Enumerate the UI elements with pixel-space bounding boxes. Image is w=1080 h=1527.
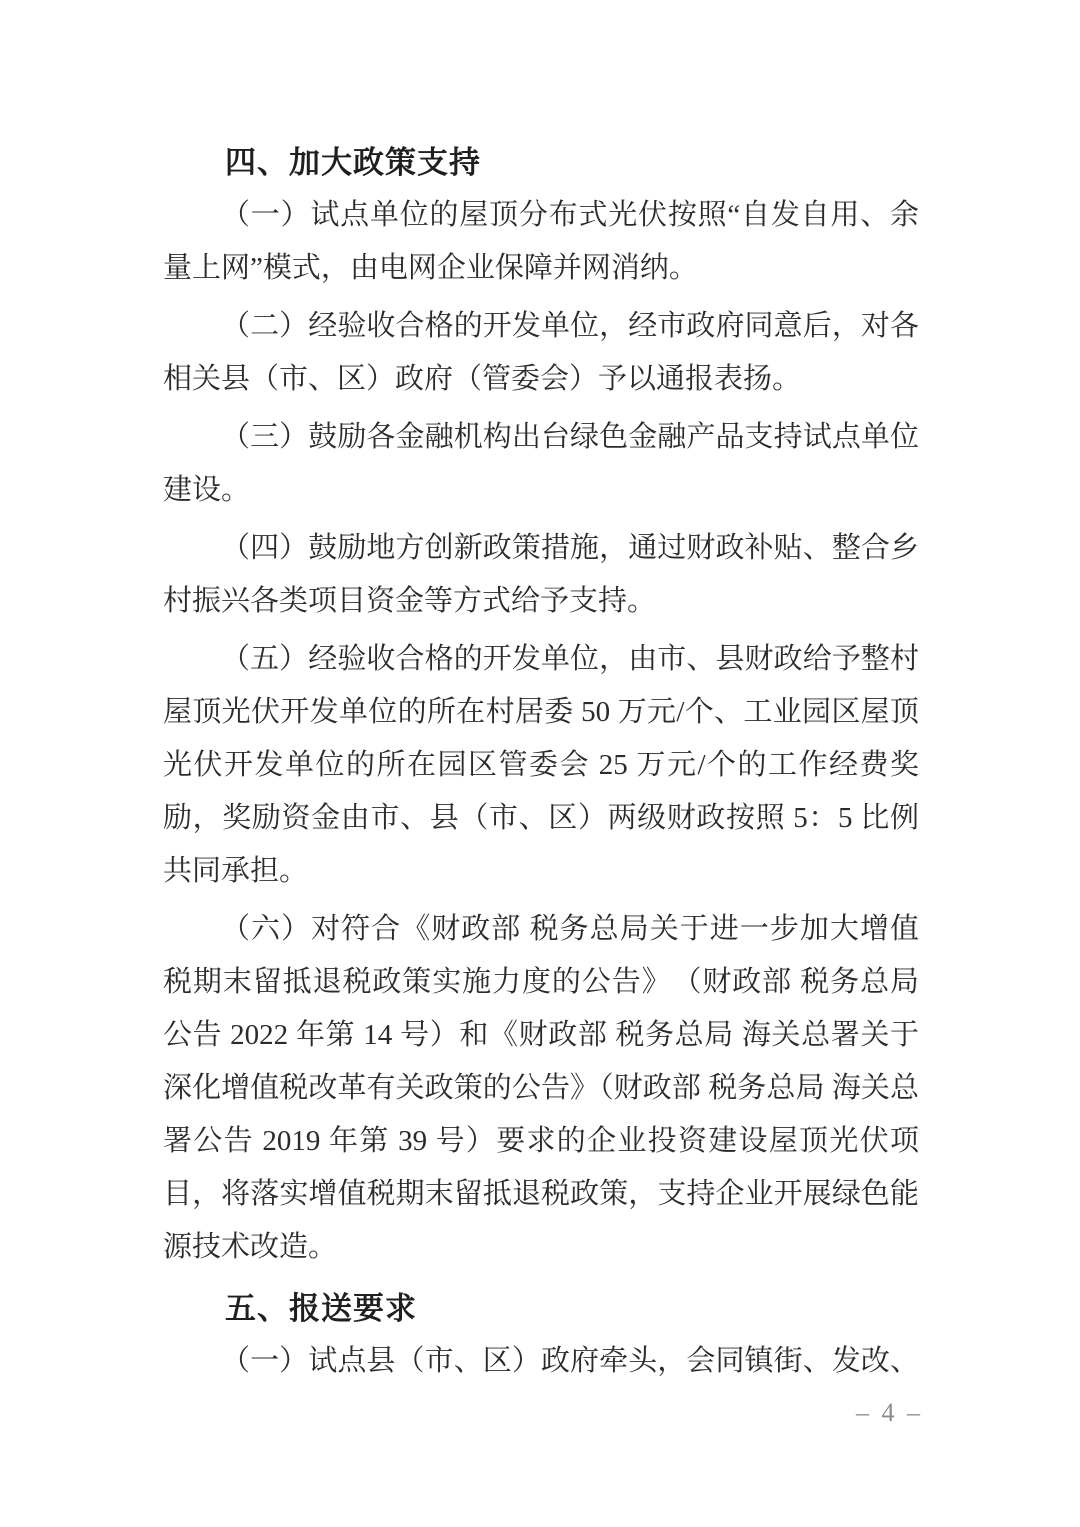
document-content: 四、加大政策支持 （一）试点单位的屋顶分布式光伏按照“自发自用、余量上网”模式，… [163,136,919,1388]
section-heading-4: 四、加大政策支持 [163,136,919,189]
paragraph-4-1: （一）试点单位的屋顶分布式光伏按照“自发自用、余量上网”模式，由电网企业保障并网… [163,189,919,295]
paragraph-4-3: （三）鼓励各金融机构出台绿色金融产品支持试点单位建设。 [163,411,919,517]
document-page: 四、加大政策支持 （一）试点单位的屋顶分布式光伏按照“自发自用、余量上网”模式，… [0,0,1080,1527]
paragraph-4-6: （六）对符合《财政部 税务总局关于进一步加大增值税期末留抵退税政策实施力度的公告… [163,903,919,1274]
paragraph-4-4: （四）鼓励地方创新政策措施，通过财政补贴、整合乡村振兴各类项目资金等方式给予支持… [163,522,919,628]
paragraph-5-1: （一）试点县（市、区）政府牵头，会同镇街、发改、 [163,1335,919,1388]
paragraph-4-2: （二）经验收合格的开发单位，经市政府同意后，对各相关县（市、区）政府（管委会）予… [163,300,919,406]
page-number: – 4 – [856,1398,920,1428]
section-heading-5: 五、报送要求 [163,1282,919,1335]
paragraph-4-5: （五）经验收合格的开发单位，由市、县财政给予整村屋顶光伏开发单位的所在村居委 5… [163,633,919,898]
